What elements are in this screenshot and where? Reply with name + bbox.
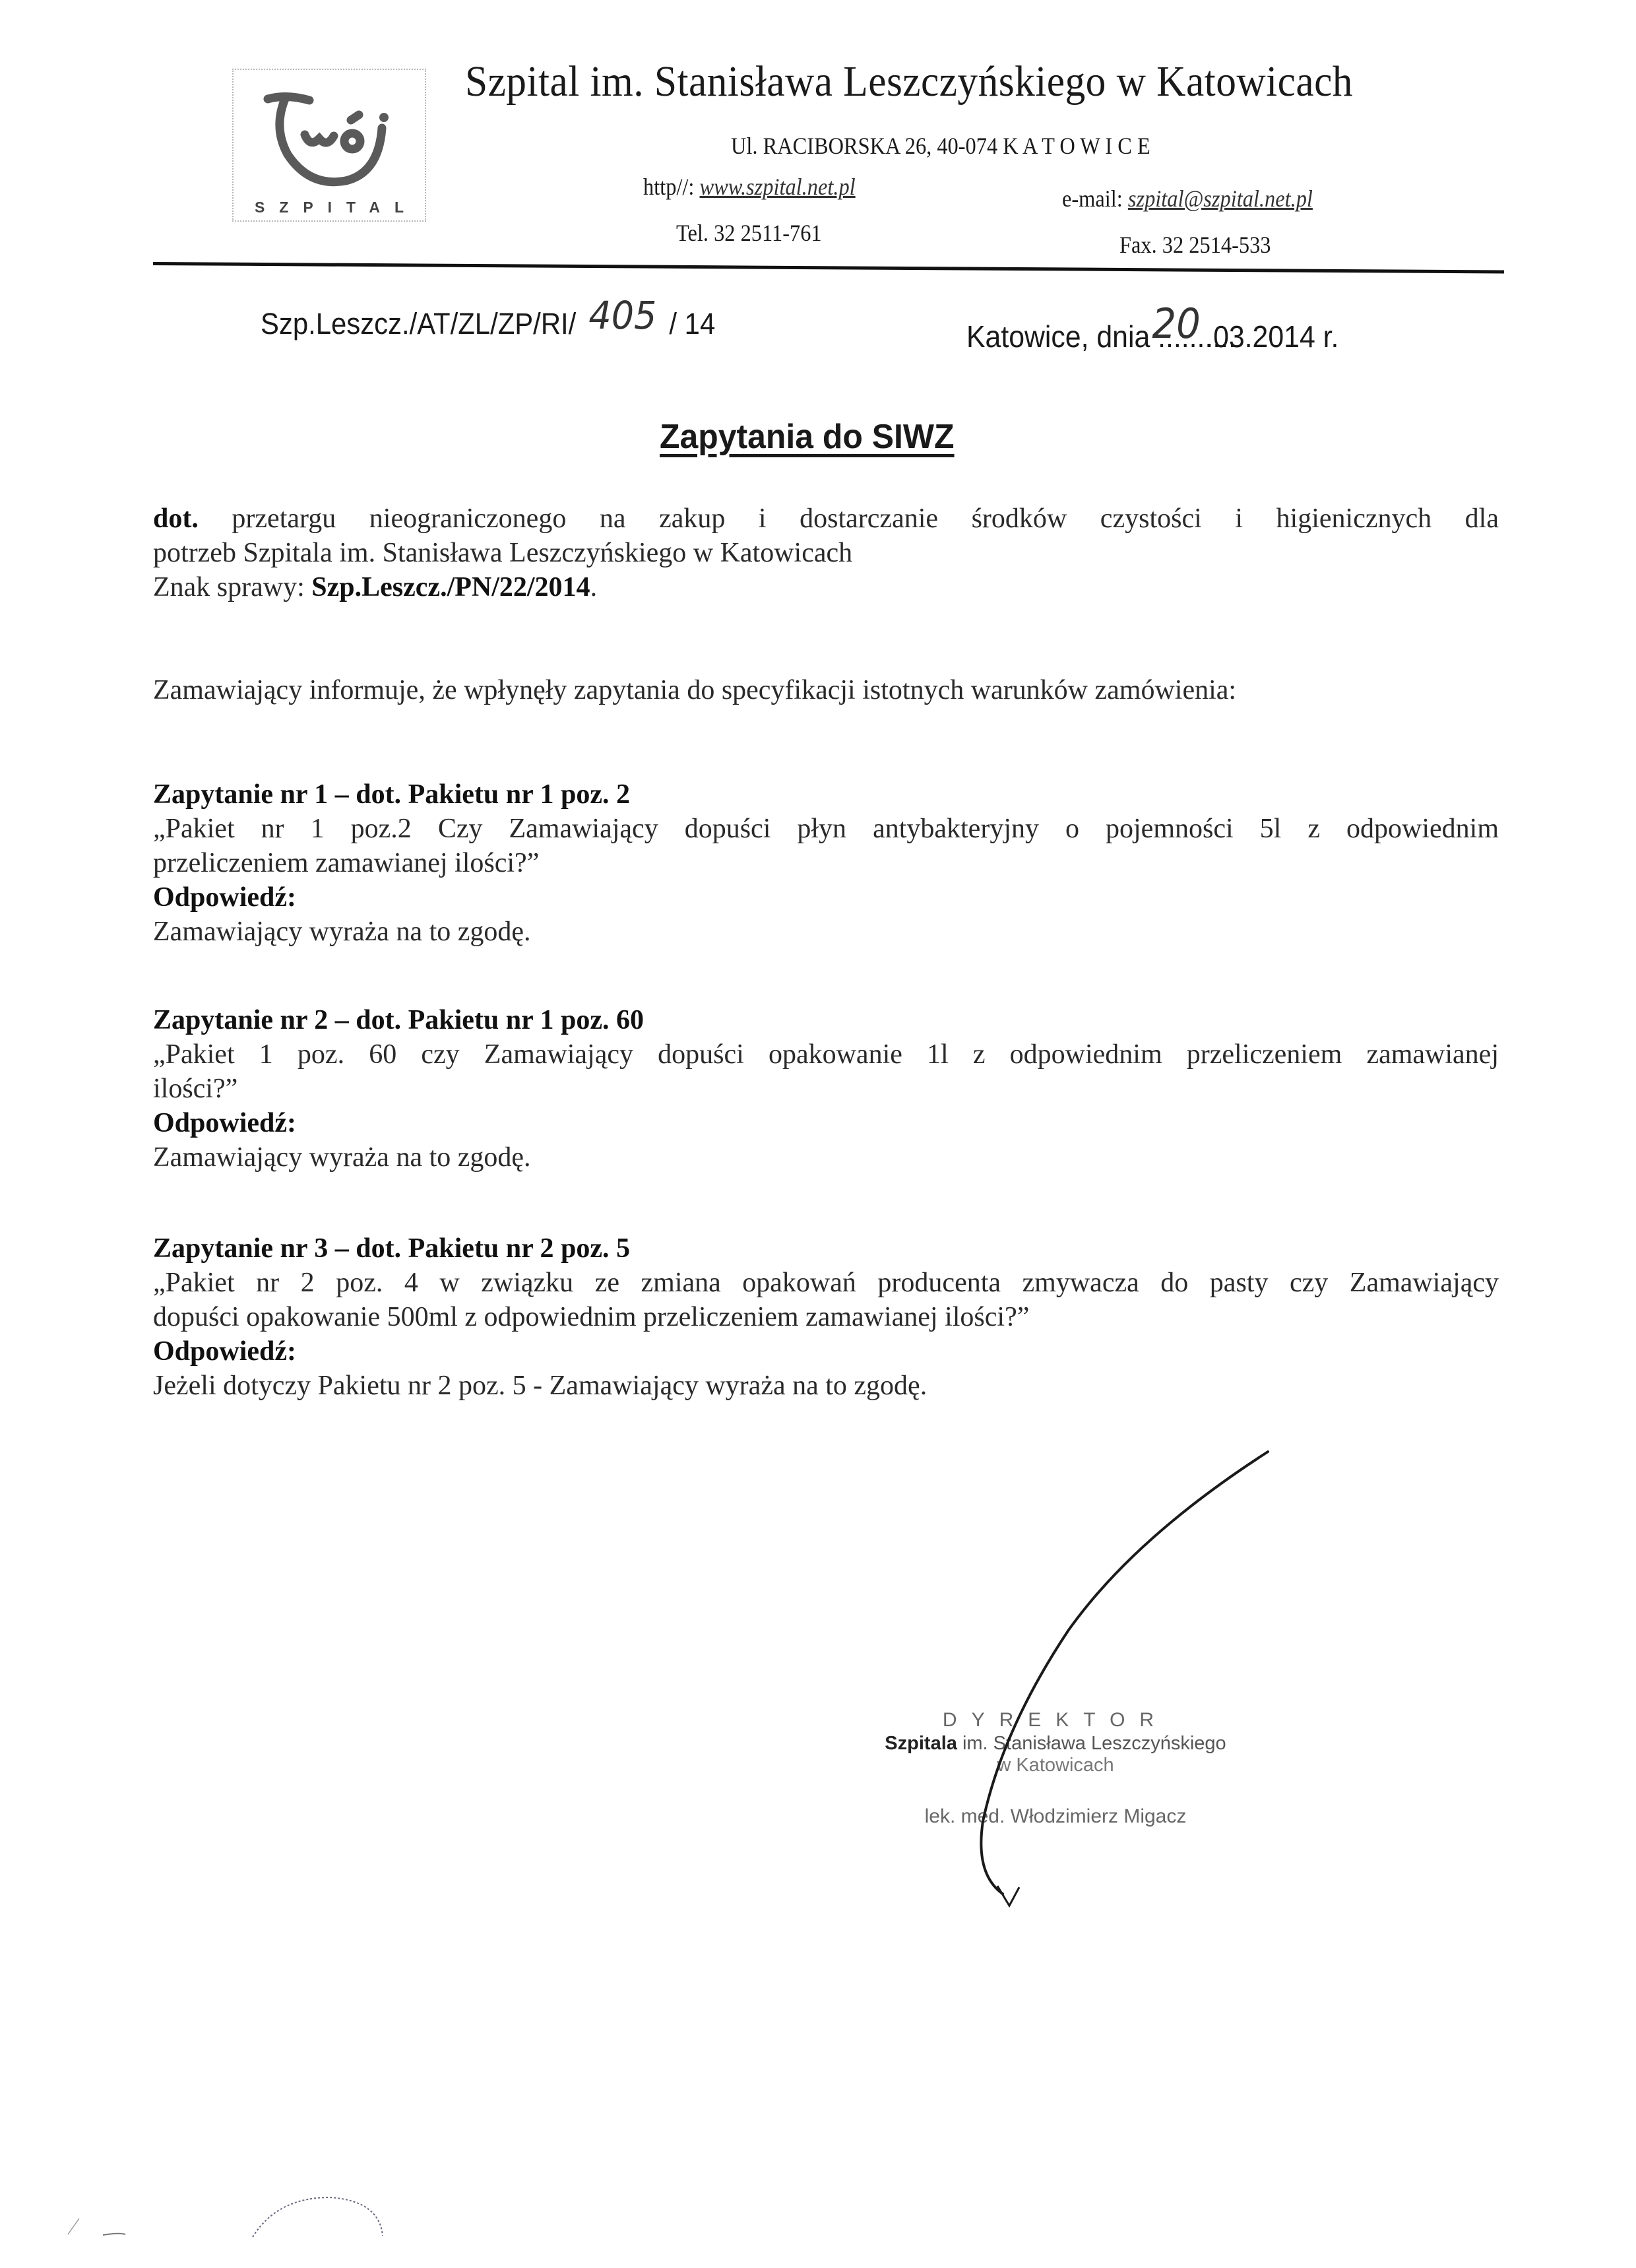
handwritten-signature-icon [0,0,1636,2268]
